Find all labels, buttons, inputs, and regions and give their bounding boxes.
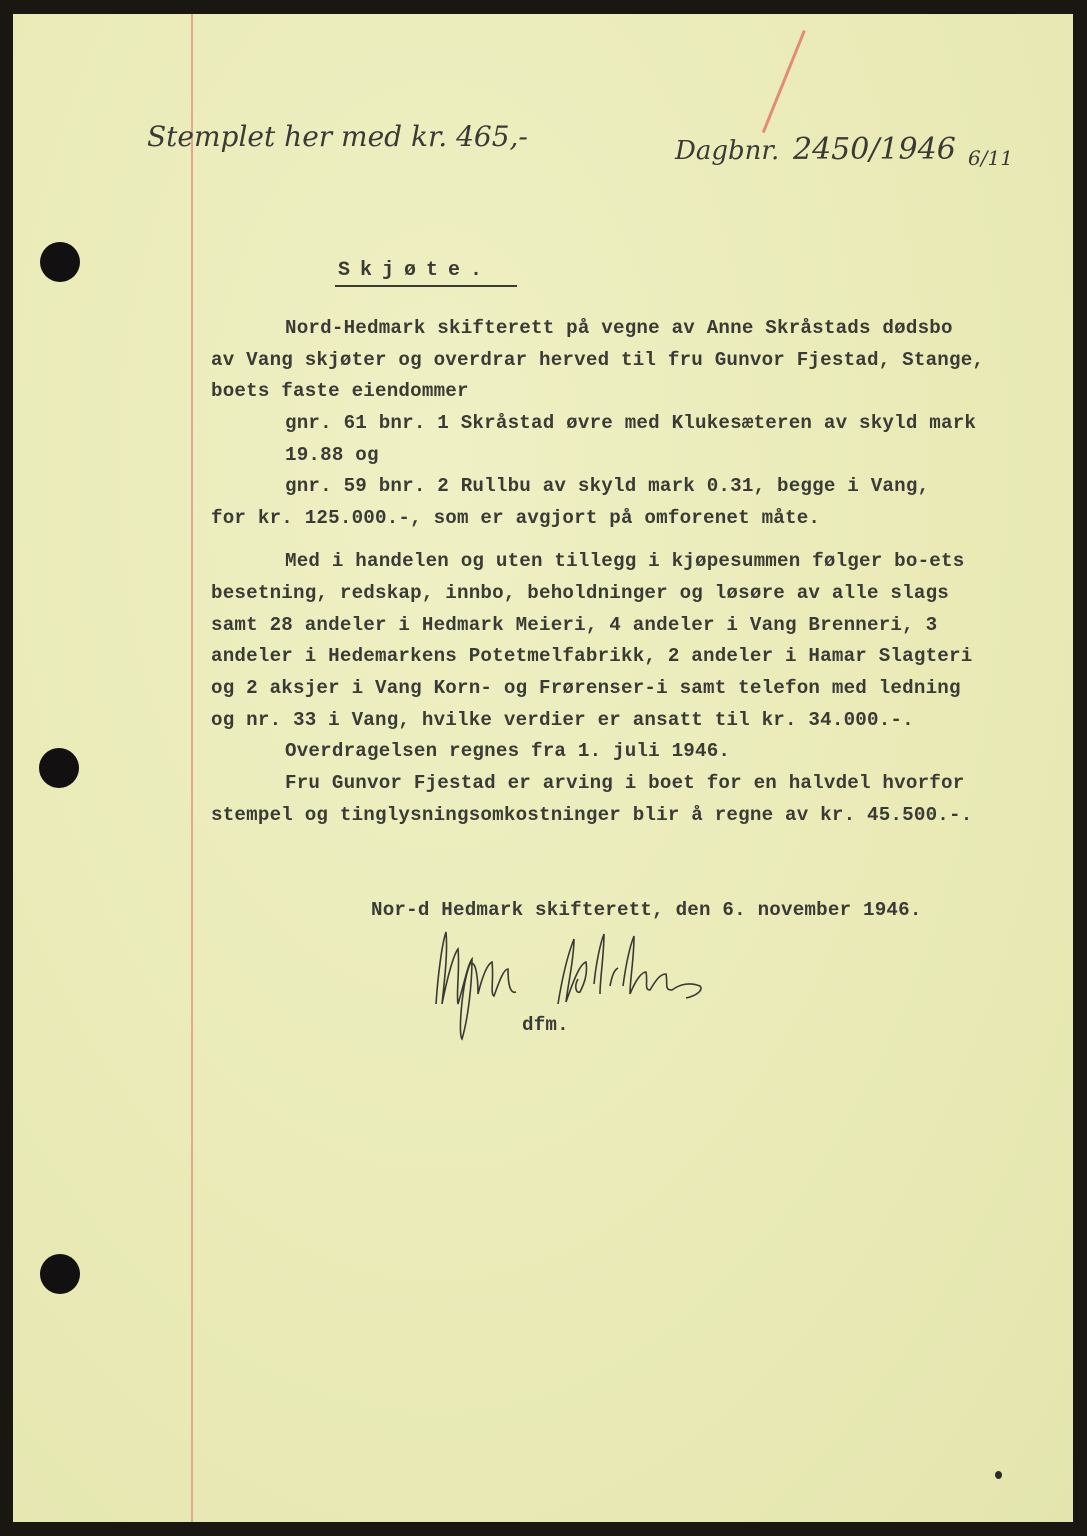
body-line: og 2 aksjer i Vang Korn- og Frørenser-i … xyxy=(211,677,961,699)
body-line: besetning, redskap, innbo, beholdninger … xyxy=(211,582,949,604)
title-underline xyxy=(335,285,517,287)
body-line: gnr. 61 bnr. 1 Skråstad øvre med Klukesæ… xyxy=(285,412,976,434)
body-line: samt 28 andeler i Hedmark Meieri, 4 ande… xyxy=(211,614,937,636)
margin-line xyxy=(191,14,193,1522)
registry-date: 6/11 xyxy=(968,146,1013,170)
body-line: av Vang skjøter og overdrar herved til f… xyxy=(211,349,984,371)
body-line: Fru Gunvor Fjestad er arving i boet for … xyxy=(285,772,964,794)
registry-number: 2450/1946 xyxy=(793,132,956,167)
body-line: 19.88 og xyxy=(285,444,379,466)
signature-title: dfm. xyxy=(522,1014,569,1036)
document-page: Stemplet her med kr. 465,- Dagbnr. 2450/… xyxy=(13,14,1073,1522)
registry-label: Dagbnr. xyxy=(675,136,779,166)
body-line: Med i handelen og uten tillegg i kjøpesu… xyxy=(285,550,964,572)
punch-hole xyxy=(40,1254,80,1294)
stamp-note: Stemplet her med kr. 465,- xyxy=(147,120,528,153)
body-line: andeler i Hedemarkens Potetmelfabrikk, 2… xyxy=(211,645,972,667)
body-line: stempel og tinglysningsomkostninger blir… xyxy=(211,804,972,826)
body-line: for kr. 125.000.-, som er avgjort på omf… xyxy=(211,507,820,529)
body-line: gnr. 59 bnr. 2 Rullbu av skyld mark 0.31… xyxy=(285,475,929,497)
ink-dot xyxy=(995,1471,1002,1479)
body-line: Overdragelsen regnes fra 1. juli 1946. xyxy=(285,740,730,762)
signature-scribble xyxy=(428,924,748,1049)
closing-line: Nor-d Hedmark skifterett, den 6. novembe… xyxy=(371,899,922,921)
punch-hole xyxy=(39,748,79,788)
body-line: boets faste eiendommer xyxy=(211,380,469,402)
document-title: Skjøte. xyxy=(338,259,492,282)
red-check-mark xyxy=(762,30,806,133)
body-line: Nord-Hedmark skifterett på vegne av Anne… xyxy=(285,317,953,339)
punch-hole xyxy=(40,242,80,282)
body-line: og nr. 33 i Vang, hvilke verdier er ansa… xyxy=(211,709,914,731)
